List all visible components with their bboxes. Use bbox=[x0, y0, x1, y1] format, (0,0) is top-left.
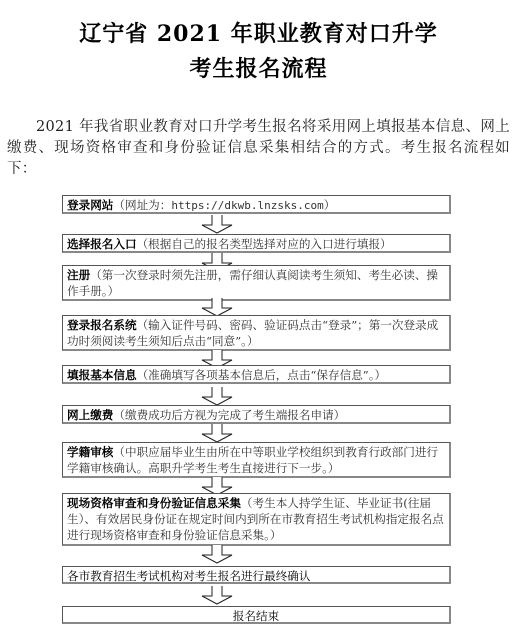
step-onsite-verification: 现场资格审查和身份验证信息采集（考生本人持学生证、毕业证书(往届生）、有效居民身… bbox=[62, 493, 451, 546]
document-title-line1: 辽宁省 2021 年职业教育对口升学 bbox=[0, 17, 517, 48]
down-arrow-icon bbox=[200, 387, 234, 406]
step-detail: （准确填写各项基本信息后，点击“保存信息”。） bbox=[137, 368, 387, 382]
step-online-payment: 网上缴费（缴费成功后方视为完成了考生端报名申请） bbox=[62, 405, 451, 424]
step-label: 报名结束 bbox=[233, 609, 279, 623]
step-label: 各市教育招生考试机构对考生报名进行最终确认 bbox=[67, 569, 310, 583]
step-label: 现场资格审查和身份验证信息采集 bbox=[67, 496, 241, 510]
down-arrow-icon bbox=[200, 586, 234, 605]
step-detail: （第一次登录时须先注册，需仔细认真阅读考生须知、考生必读、操作手册。） bbox=[67, 268, 438, 298]
step-select-entry: 选择报名入口（根据自己的报名类型选择对应的入口进行填报） bbox=[62, 234, 451, 253]
step-fill-basic-info: 填报基本信息（准确填写各项基本信息后，点击“保存信息”。） bbox=[62, 365, 451, 384]
step-detail: （网址为： bbox=[113, 198, 171, 212]
step-label: 网上缴费 bbox=[67, 408, 113, 422]
step-login-website: 登录网站（网址为：https://dkwb.lnzsks.com） bbox=[62, 195, 451, 214]
down-arrow-icon bbox=[200, 215, 234, 234]
document-title-line2: 考生报名流程 bbox=[0, 52, 517, 83]
step-final-confirmation: 各市教育招生考试机构对考生报名进行最终确认 bbox=[62, 566, 451, 584]
step-register: 注册（第一次登录时须先注册，需仔细认真阅读考生须知、考生必读、操作手册。） bbox=[62, 265, 451, 301]
step-label: 登录报名系统 bbox=[67, 318, 137, 332]
step-label: 学籍审核 bbox=[67, 445, 113, 459]
step-label: 选择报名入口 bbox=[67, 237, 137, 251]
step-label: 填报基本信息 bbox=[67, 368, 137, 382]
step-enrollment-review: 学籍审核（中职应届毕业生由所在中等职业学校组织到教育行政部门进行学籍审核确认。高… bbox=[62, 442, 451, 478]
step-label: 登录网站 bbox=[67, 198, 113, 212]
step-detail: （缴费成功后方视为完成了考生端报名申请） bbox=[113, 408, 345, 422]
step-login-system: 登录报名系统（输入证件号码、密码、验证码点击“登录”；第一次登录成功时须阅读考生… bbox=[62, 315, 451, 351]
intro-paragraph: 2021 年我省职业教育对口升学考生报名将采用网上填报基本信息、网上缴费、现场资… bbox=[7, 117, 510, 180]
website-url[interactable]: https://dkwb.lnzsks.com bbox=[171, 199, 323, 212]
step-registration-end: 报名结束 bbox=[62, 606, 451, 624]
step-detail: （根据自己的报名类型选择对应的入口进行填报） bbox=[137, 237, 392, 251]
down-arrow-icon bbox=[200, 424, 234, 443]
step-detail: （中职应届毕业生由所在中等职业学校组织到教育行政部门进行学籍审核确认。高职升学考… bbox=[67, 445, 438, 475]
down-arrow-icon bbox=[200, 545, 234, 564]
step-label: 注册 bbox=[67, 268, 90, 282]
